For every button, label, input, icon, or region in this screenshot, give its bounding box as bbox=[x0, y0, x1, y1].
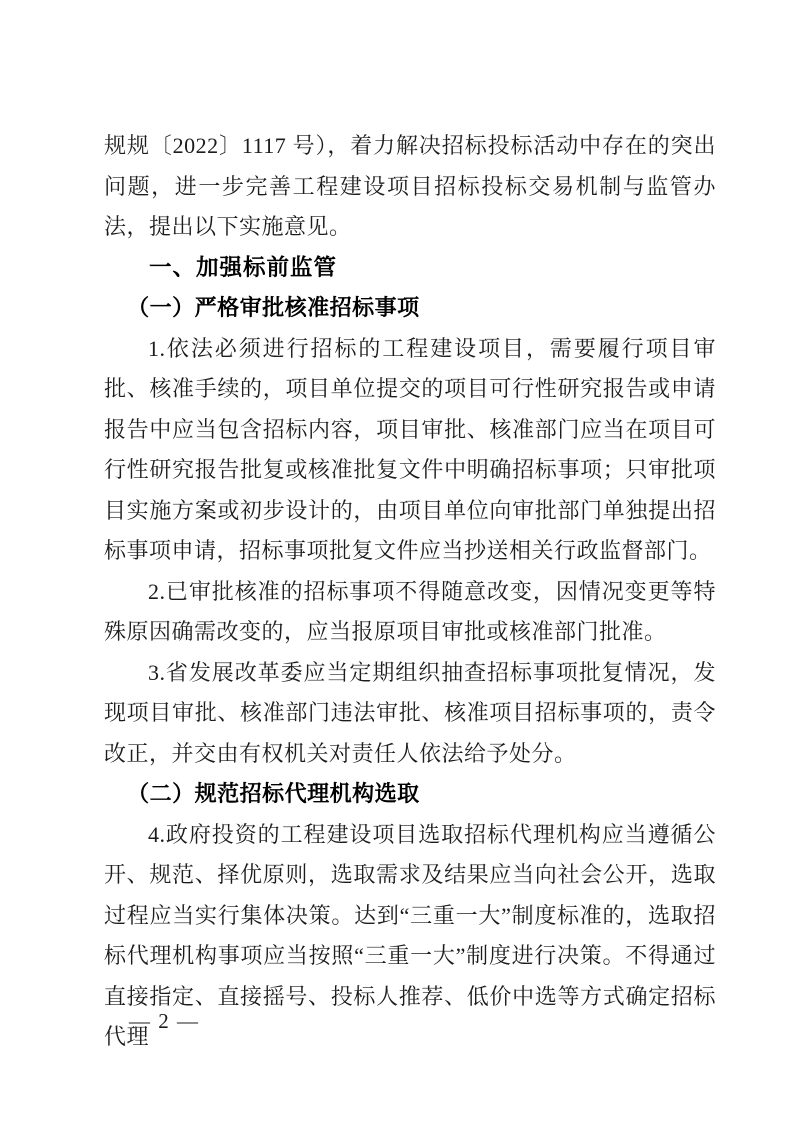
paragraph-intro-continuation: 规规〔2022〕1117 号），着力解决招标投标活动中存在的突出问题，进一步完善… bbox=[104, 126, 716, 248]
paragraph-item-3: 3.省发展改革委应当定期组织抽查招标事项批复情况，发现项目审批、核准部门违法审批… bbox=[104, 653, 716, 775]
document-page: 规规〔2022〕1117 号），着力解决招标投标活动中存在的突出问题，进一步完善… bbox=[0, 0, 793, 1122]
page-body-text: 规规〔2022〕1117 号），着力解决招标投标活动中存在的突出问题，进一步完善… bbox=[104, 126, 716, 1058]
page-number: — 2 — bbox=[129, 1009, 200, 1033]
section-heading-pre-bid-supervision: 一、加强标前监管 bbox=[104, 248, 716, 289]
subsection-heading-strict-approval: （一）严格审批核准招标事项 bbox=[104, 288, 716, 329]
paragraph-item-2: 2.已审批核准的招标事项不得随意改变，因情况变更等特殊原因确需改变的，应当报原项… bbox=[104, 572, 716, 653]
paragraph-item-1: 1.依法必须进行招标的工程建设项目，需要履行项目审批、核准手续的，项目单位提交的… bbox=[104, 329, 716, 572]
subsection-heading-agency-selection: （二）规范招标代理机构选取 bbox=[104, 774, 716, 815]
